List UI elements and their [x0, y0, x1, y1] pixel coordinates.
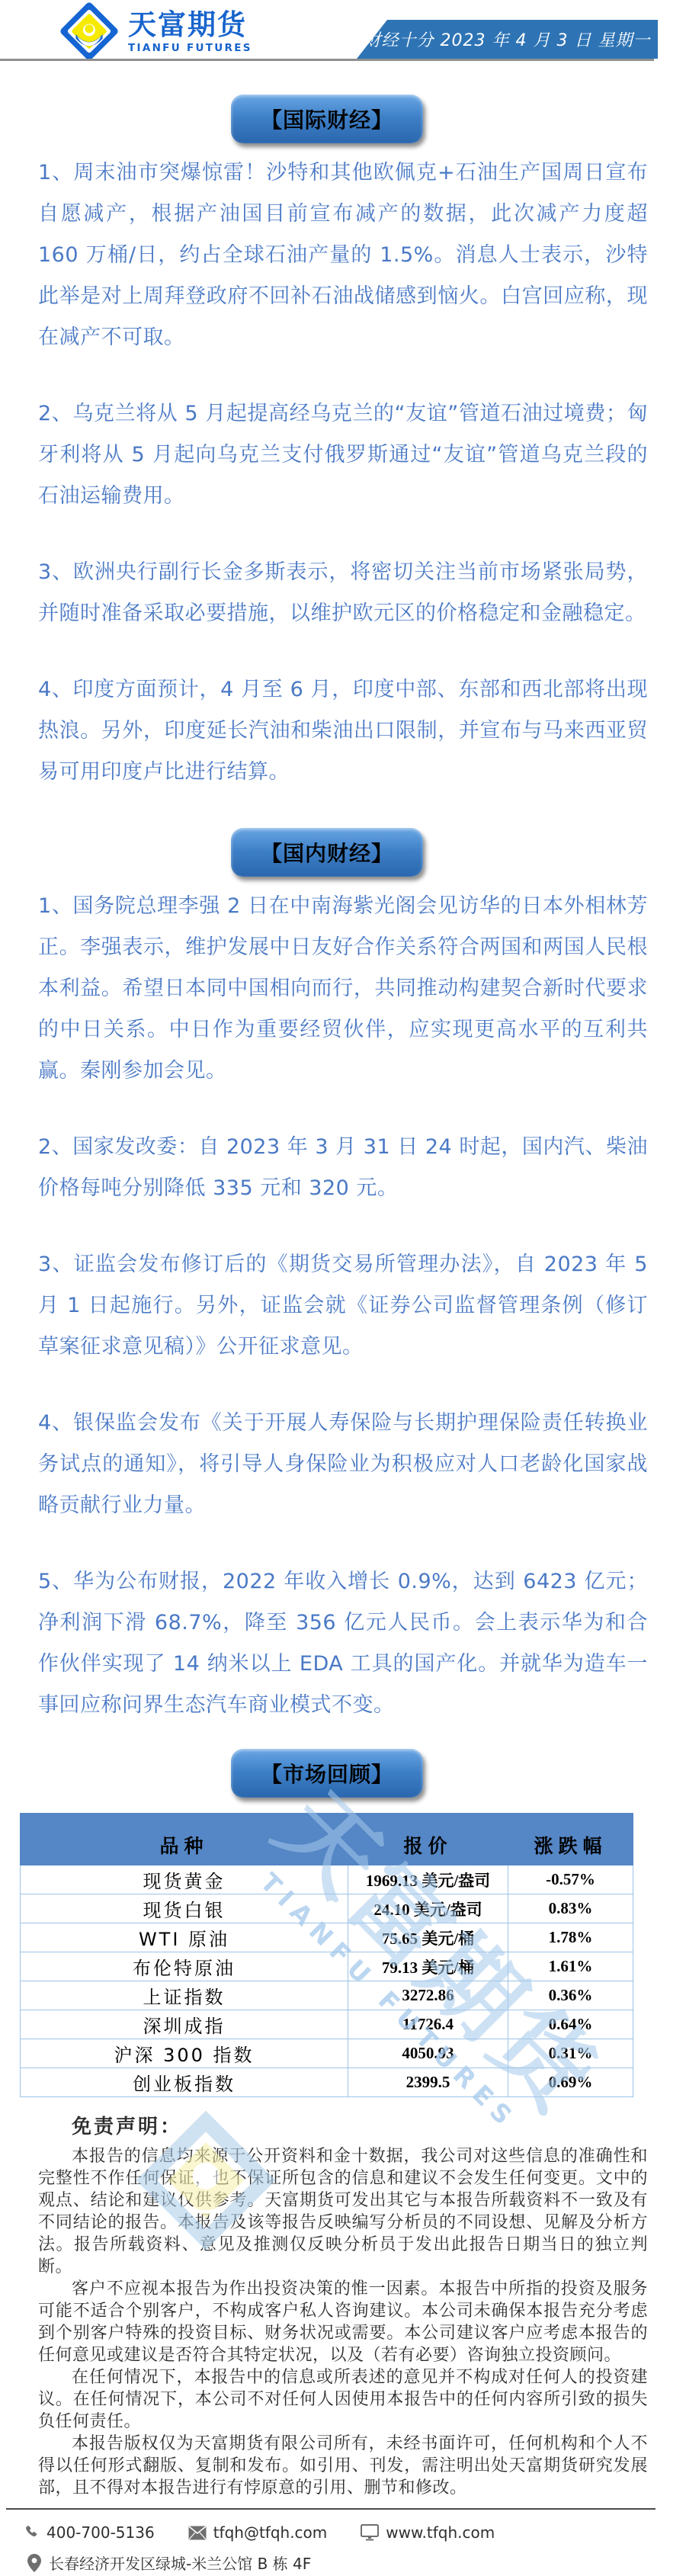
instrument-name: 上证指数	[21, 1981, 348, 2010]
envelope-icon	[188, 2526, 207, 2540]
footer-divider	[6, 2508, 656, 2510]
disclaimer-paragraph: 客户不应视本报告为作出投资决策的惟一因素。本报告中所指的投资及服务可能不适合个别…	[38, 2278, 648, 2366]
section-header-market-review: 【市场回顾】	[231, 1749, 423, 1798]
instrument-change: 1.61%	[508, 1952, 633, 1981]
news-paragraph: 1、国务院总理李强 2 日在中南海紫光阁会见访华的日本外相林芳正。李强表示，维护…	[38, 886, 648, 1092]
page-footer: 400-700-5136 tfqh@tfqh.com www.tfqh.com …	[0, 2508, 686, 2574]
international-news-section: 1、周末油市突爆惊雷！沙特和其他欧佩克+石油生产国周日宣布自愿减产，根据产油国目…	[0, 152, 686, 793]
brand-name-cn: 天富期货	[128, 11, 252, 39]
instrument-name: 深圳成指	[21, 2010, 348, 2039]
news-paragraph: 1、周末油市突爆惊雷！沙特和其他欧佩克+石油生产国周日宣布自愿减产，根据产油国目…	[38, 152, 648, 358]
disclaimer-section: 免责声明： 本报告的信息均来源于公开资料和金十数据，我公司对这些信息的准确性和完…	[38, 2111, 648, 2499]
instrument-quote: 11726.4	[348, 2010, 508, 2039]
instrument-change: 0.83%	[508, 1894, 633, 1923]
disclaimer-paragraph: 本报告版权仅为天富期货有限公司所有，未经书面许可，任何机构和个人不得以任何形式翻…	[38, 2433, 648, 2499]
table-row: 上证指数 3272.86 0.36%	[21, 1981, 633, 2010]
email-address: tfqh@tfqh.com	[213, 2523, 328, 2542]
table-row: 创业板指数 2399.5 0.69%	[21, 2068, 633, 2097]
website-url: www.tfqh.com	[386, 2523, 495, 2542]
table-header-row: 品种 报价 涨跌幅	[21, 1814, 633, 1865]
table-row: 深圳成指 11726.4 0.64%	[21, 2010, 633, 2039]
news-paragraph: 3、欧洲央行副行长金多斯表示，将密切关注当前市场紧张局势，并随时准备采取必要措施…	[38, 552, 648, 634]
instrument-name: 创业板指数	[21, 2068, 348, 2097]
header-divider	[0, 59, 654, 61]
instrument-quote: 75.65 美元/桶	[348, 1923, 508, 1952]
table-row: 现货黄金 1969.13 美元/盎司 -0.57%	[21, 1865, 633, 1894]
instrument-change: 0.31%	[508, 2039, 633, 2068]
news-paragraph: 5、华为公布财报，2022 年收入增长 0.9%，达到 6423 亿元；净利润下…	[38, 1561, 648, 1726]
instrument-name: 布伦特原油	[21, 1952, 348, 1981]
instrument-change: 0.36%	[508, 1981, 633, 2010]
location-pin-icon	[27, 2554, 41, 2572]
phone-contact: 400-700-5136	[23, 2523, 155, 2542]
table-row: 沪深 300 指数 4050.93 0.31%	[21, 2039, 633, 2068]
column-header-change: 涨跌幅	[508, 1814, 633, 1865]
instrument-change: 0.64%	[508, 2010, 633, 2039]
website-contact: www.tfqh.com	[361, 2523, 495, 2542]
company-logo: 天富期货 TIANFU FUTURES	[53, 1, 252, 62]
column-header-variety: 品种	[21, 1814, 348, 1865]
company-address: 长春经济开发区绿城-米兰公馆 B 栋 4F	[49, 2552, 311, 2574]
page-header: 天富期货 TIANFU FUTURES 财经十分 2023 年 4 月 3 日 …	[0, 0, 686, 61]
section-header-domestic: 【国内财经】	[231, 828, 423, 877]
instrument-quote: 79.13 美元/桶	[348, 1952, 508, 1981]
instrument-quote: 3272.86	[348, 1981, 508, 2010]
table-row: 布伦特原油 79.13 美元/桶 1.61%	[21, 1952, 633, 1981]
email-contact: tfqh@tfqh.com	[188, 2523, 328, 2542]
instrument-quote: 1969.13 美元/盎司	[348, 1865, 508, 1894]
phone-number: 400-700-5136	[46, 2523, 155, 2542]
address-row: 长春经济开发区绿城-米兰公馆 B 栋 4F	[27, 2552, 686, 2574]
table-row: 现货白银 24.10 美元/盎司 0.83%	[21, 1894, 633, 1923]
market-quotes-table: 品种 报价 涨跌幅 现货黄金 1969.13 美元/盎司 -0.57% 现货白银…	[20, 1813, 633, 2097]
domestic-news-section: 1、国务院总理李强 2 日在中南海紫光阁会见访华的日本外相林芳正。李强表示，维护…	[0, 886, 686, 1726]
instrument-name: 现货黄金	[21, 1865, 348, 1894]
disclaimer-paragraph: 在任何情况下，本报告中的信息或所表述的意见并不构成对任何人的投资建议。在任何情况…	[38, 2366, 648, 2433]
table-row: WTI 原油 75.65 美元/桶 1.78%	[21, 1923, 633, 1952]
news-paragraph: 2、国家发改委：自 2023 年 3 月 31 日 24 时起，国内汽、柴油价格…	[38, 1127, 648, 1209]
disclaimer-title: 免责声明：	[72, 2111, 648, 2139]
instrument-name: WTI 原油	[21, 1923, 348, 1952]
instrument-change: -0.57%	[508, 1865, 633, 1894]
news-paragraph: 3、证监会发布修订后的《期货交易所管理办法》，自 2023 年 5 月 1 日起…	[38, 1244, 648, 1368]
phone-icon	[23, 2524, 40, 2541]
monitor-icon	[361, 2524, 379, 2541]
news-paragraph: 4、银保监会发布《关于开展人寿保险与长期护理保险责任转换业务试点的通知》，将引导…	[38, 1403, 648, 1526]
column-header-quote: 报价	[348, 1814, 508, 1865]
news-paragraph: 2、乌克兰将从 5 月起提高经乌克兰的“友谊”管道石油过境费；匈牙利将从 5 月…	[38, 393, 648, 517]
instrument-name: 沪深 300 指数	[21, 2039, 348, 2068]
section-header-international: 【国际财经】	[231, 95, 423, 143]
instrument-quote: 4050.93	[348, 2039, 508, 2068]
instrument-quote: 24.10 美元/盎司	[348, 1894, 508, 1923]
disclaimer-paragraph: 本报告的信息均来源于公开资料和金十数据，我公司对这些信息的准确性和完整性不作任何…	[38, 2145, 648, 2278]
news-paragraph: 4、印度方面预计，4 月至 6 月，印度中部、东部和西北部将出现热浪。另外，印度…	[38, 669, 648, 793]
instrument-change: 1.78%	[508, 1923, 633, 1952]
date-banner: 财经十分 2023 年 4 月 3 日 星期一	[357, 20, 658, 59]
diamond-figure-logo-icon	[53, 1, 125, 62]
brand-name-en: TIANFU FUTURES	[128, 42, 252, 54]
instrument-name: 现货白银	[21, 1894, 348, 1923]
instrument-change: 0.69%	[508, 2068, 633, 2097]
instrument-quote: 2399.5	[348, 2068, 508, 2097]
